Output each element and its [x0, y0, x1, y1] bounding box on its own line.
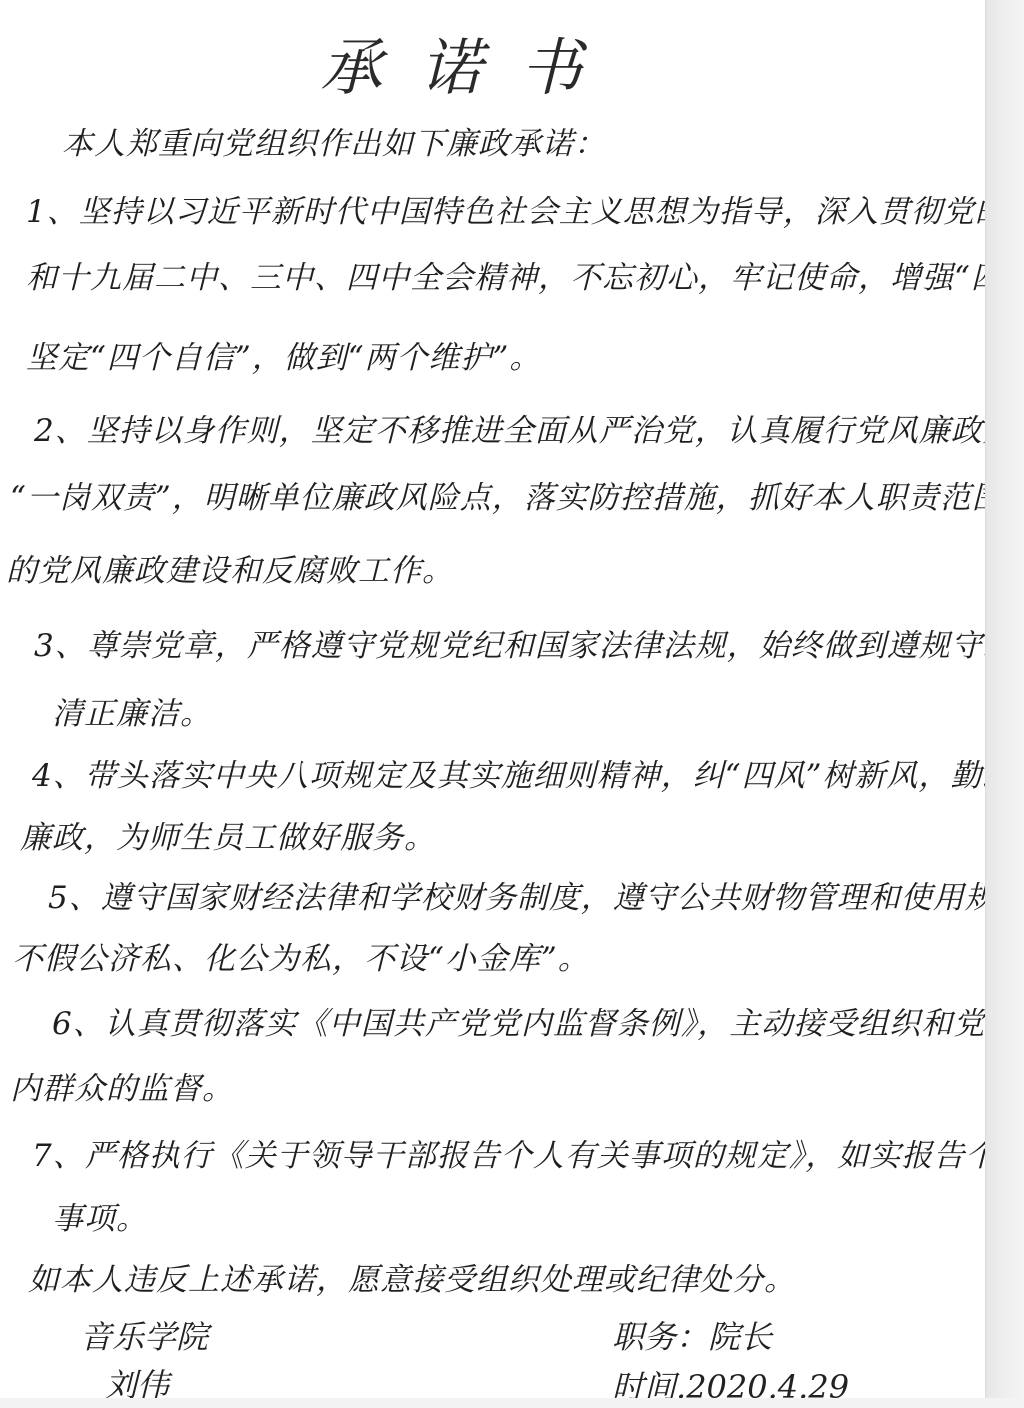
position-label: 职务：: [612, 1318, 708, 1356]
item-2-line-1: 2、坚持以身作则，坚定不移推进全面从严治党，认真履行党风廉政建设: [34, 405, 1024, 450]
closing-statement: 如本人违反上述承诺，愿意接受组织处理或纪律处分。: [28, 1254, 796, 1299]
item-5-line-1: 5、遵守国家财经法律和学校财务制度，遵守公共财物管理和使用规定，: [48, 872, 1024, 917]
intro-text: 本人郑重向党组织作出如下廉政承诺：: [62, 118, 606, 163]
item-3-line-2: 清正廉洁。: [52, 688, 212, 733]
item-6-line-2: 内群众的监督。: [10, 1063, 234, 1108]
item-1-line-1: 1、坚持以习近平新时代中国特色社会主义思想为指导，深入贯彻党的十九大: [26, 186, 1024, 231]
scanned-document-page: 承诺书 本人郑重向党组织作出如下廉政承诺： 1、坚持以习近平新时代中国特色社会主…: [0, 0, 985, 1398]
signature-unit: 音乐学院: [80, 1312, 208, 1358]
scanner-edge-strip: [985, 0, 1024, 1408]
item-7-line-1: 7、严格执行《关于领导干部报告个人有关事项的规定》，如实报告个人有关: [32, 1130, 1024, 1175]
item-1-line-2: 和十九届二中、三中、四中全会精神，不忘初心，牢记使命，增强“四个意识”，: [26, 252, 1024, 297]
item-6-line-1: 6、认真贯彻落实《中国共产党党内监督条例》，主动接受组织和党: [52, 998, 985, 1043]
position-field: 职务：院长: [612, 1312, 772, 1358]
item-7-line-2: 事项。: [52, 1193, 148, 1238]
scanner-bottom-edge: [0, 1398, 1024, 1408]
document-title: 承诺书: [320, 18, 680, 107]
item-2-line-3: 的党风廉政建设和反腐败工作。: [6, 545, 454, 590]
item-4-line-1: 4、带头落实中央八项规定及其实施细则精神，纠“四风”树新风，勤政: [32, 750, 1014, 795]
position-value: 院长: [708, 1318, 772, 1356]
item-5-line-2: 不假公济私、化公为私，不设“小金库”。: [12, 933, 590, 978]
item-2-line-2: “一岗双责”，明晰单位廉政风险点，落实防控措施，抓好本人职责范围内: [10, 472, 1024, 517]
item-4-line-2: 廉政，为师生员工做好服务。: [20, 812, 436, 857]
item-1-line-3: 坚定“四个自信”，做到“两个维护”。: [26, 332, 541, 377]
item-3-line-1: 3、尊崇党章，严格遵守党规党纪和国家法律法规，始终做到遵规守纪，: [34, 620, 1024, 665]
